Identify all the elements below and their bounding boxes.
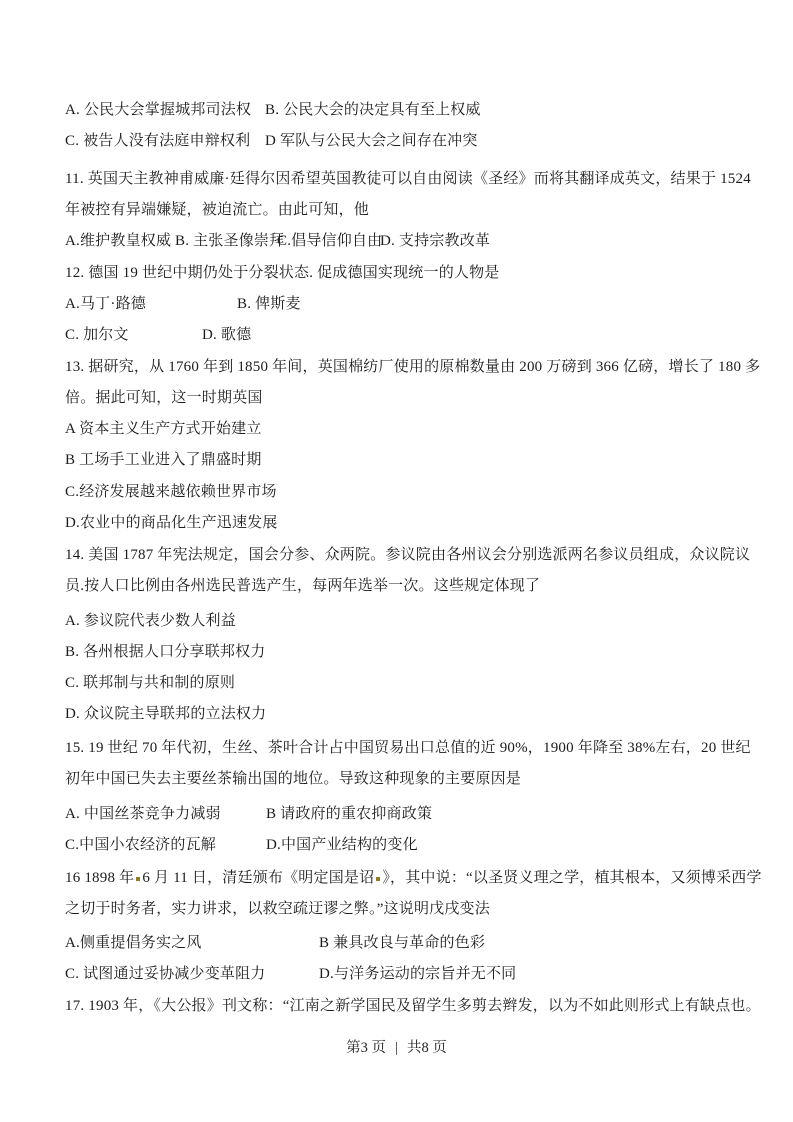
q17-stem-line-1: 17. 1903 年，《大公报》刊文称：“江南之新学国民及留学生多剪去辫发，以为… — [65, 996, 728, 1016]
q15-options-row-2: C.中国小农经济的瓦解D.中国产业结构的变化 — [65, 835, 728, 855]
q15-option-b: B 请政府的重农抑商政策 — [266, 806, 432, 822]
q16-options-row-1: A.侧重提倡务实之风B 兼具改良与革命的色彩 — [65, 933, 728, 953]
q13-option-b: B 工场手工业进入了鼎盛时期 — [65, 450, 728, 470]
q15-option-a: A. 中国丝茶竞争力减弱 — [65, 804, 266, 824]
q12-stem: 12. 德国 19 世纪中期仍处于分裂状态. 促成德国实现统一的人物是 — [65, 263, 728, 283]
q14-stem-line-2: 员.按人口比例由各州选民普选产生，每两年选举一次。这些规定体现了 — [65, 576, 728, 596]
q11-options-row: A.维护教皇权威B. 主张圣像崇拜C.倡导信仰自由D. 支持宗教改革 — [65, 231, 728, 251]
q10-option-c: C. 被告人没有法庭申辩权利 — [65, 131, 265, 151]
q12-option-d: D. 歌德 — [202, 327, 251, 343]
page-footer: 第3 页|共8 页 — [0, 1038, 793, 1058]
q12-options-row-2: C. 加尔文D. 歌德 — [65, 325, 728, 345]
emphasis-dot — [376, 877, 380, 881]
footer-total-pages: 共8 页 — [407, 1040, 447, 1056]
q12-option-c: C. 加尔文 — [65, 325, 202, 345]
q14-option-c: C. 联邦制与共和制的原则 — [65, 673, 728, 693]
q16-option-b: B 兼具改良与革命的色彩 — [319, 935, 485, 951]
q16-option-a: A.侧重提倡务实之风 — [65, 933, 319, 953]
q11-stem-line-2: 年被控有异端嫌疑，被迫流亡。由此可知，他 — [65, 200, 728, 220]
q12-options-row-1: A.马丁·路德B. 俾斯麦 — [65, 294, 728, 314]
q16-stem-seg-1: 16 1898 年 — [65, 870, 134, 886]
q10-option-d: D 军队与公民大会之间存在冲突 — [265, 133, 478, 149]
q13-option-c: C.经济发展越来越依赖世界市场 — [65, 482, 728, 502]
q13-stem-line-1: 13. 据研究，从 1760 年到 1850 年间，英国棉纺厂使用的原棉数量由 … — [65, 357, 728, 377]
q16-stem-seg-2: 6 月 11 日，清廷颁布《明定国是诏 — [142, 870, 374, 886]
q15-stem-line-1: 15. 19 世纪 70 年代初，生丝、茶叶合计占中国贸易出口总值的近 90%，… — [65, 738, 728, 758]
q10-option-a: A. 公民大会掌握城邦司法权 — [65, 100, 265, 120]
q11-option-a: A.维护教皇权威 — [65, 231, 175, 251]
q15-option-d: D.中国产业结构的变化 — [266, 837, 418, 853]
q13-option-a: A 资本主义生产方式开始建立 — [65, 419, 728, 439]
q12-option-b: B. 俾斯麦 — [237, 296, 301, 312]
q13-stem-line-2: 倍。据此可知，这一时期英国 — [65, 388, 728, 408]
q15-stem-line-2: 初年中国已失去主要丝茶输出国的地位。导致这种现象的主要原因是 — [65, 769, 728, 789]
q11-option-c: C.倡导信仰自由 — [277, 231, 380, 251]
q14-option-d: D. 众议院主导联邦的立法权力 — [65, 704, 728, 724]
q16-option-d: D.与洋务运动的宗旨并无不同 — [319, 966, 516, 982]
q13-option-d: D.农业中的商品化生产迅速发展 — [65, 513, 728, 533]
footer-divider: | — [395, 1038, 398, 1058]
q10-options-row-2: C. 被告人没有法庭申辩权利D 军队与公民大会之间存在冲突 — [65, 131, 728, 151]
exam-page: { "q10": { "opt_a": "A. 公民大会掌握城邦司法权", "o… — [0, 0, 793, 1122]
q16-stem-seg-3: 》，其中说：“以圣贤义理之学，植其根本，又须博采西学 — [382, 870, 761, 886]
q14-stem-line-1: 14. 美国 1787 年宪法规定，国会分参、众两院。参议院由各州议会分别选派两… — [65, 545, 728, 565]
footer-current-page: 第3 页 — [346, 1040, 386, 1056]
q14-option-a: A. 参议院代表少数人利益 — [65, 611, 728, 631]
q16-stem-line-2: 之切于时务者，实力讲求，以救空疏迂谬之弊。”这说明戊戌变法 — [65, 899, 728, 919]
q14-option-b: B. 各州根据人口分享联邦权力 — [65, 642, 728, 662]
q10-option-b: B. 公民大会的决定具有至上权威 — [265, 102, 481, 118]
q16-option-c: C. 试图通过妥协减少变革阻力 — [65, 964, 319, 984]
q11-option-d: D. 支持宗教改革 — [380, 233, 490, 249]
emphasis-dot — [136, 877, 140, 881]
q10-options-row-1: A. 公民大会掌握城邦司法权B. 公民大会的决定具有至上权威 — [65, 100, 728, 120]
q15-options-row-1: A. 中国丝茶竞争力减弱B 请政府的重农抑商政策 — [65, 804, 728, 824]
q16-stem-line-1: 16 1898 年6 月 11 日，清廷颁布《明定国是诏》，其中说：“以圣贤义理… — [65, 868, 728, 888]
q15-option-c: C.中国小农经济的瓦解 — [65, 835, 266, 855]
q16-options-row-2: C. 试图通过妥协减少变革阻力D.与洋务运动的宗旨并无不同 — [65, 964, 728, 984]
q11-option-b: B. 主张圣像崇拜 — [175, 231, 277, 251]
q12-option-a: A.马丁·路德 — [65, 294, 237, 314]
q11-stem-line-1: 11. 英国天主教神甫威廉·廷得尔因希望英国教徒可以自由阅读《圣经》而将其翻译成… — [65, 169, 728, 189]
